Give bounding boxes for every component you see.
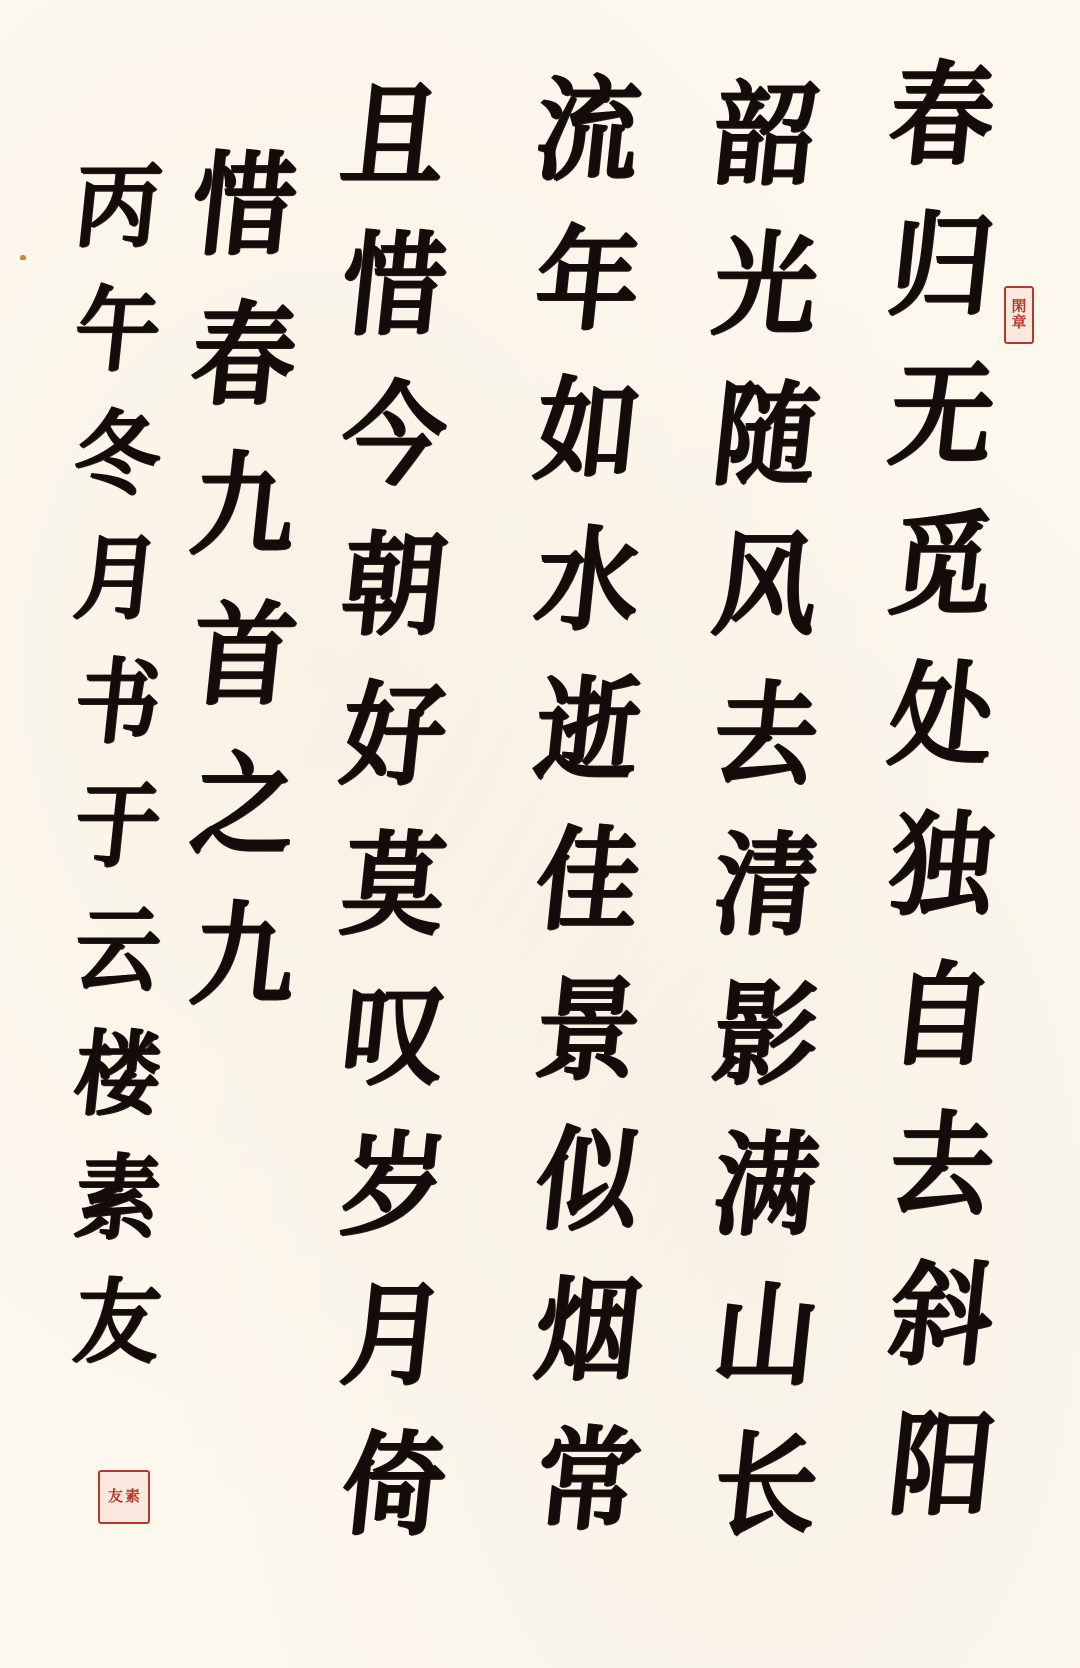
character: 长 bbox=[705, 1430, 824, 1580]
character: 随 bbox=[705, 380, 824, 530]
inscription-character: 楼 bbox=[67, 1028, 165, 1152]
character: 清 bbox=[705, 830, 824, 980]
paper-speck bbox=[20, 255, 26, 260]
seal-glyph: 友 bbox=[108, 1489, 123, 1505]
inscription-character: 丙 bbox=[67, 160, 165, 284]
character: 处 bbox=[881, 660, 1000, 810]
character: 常 bbox=[527, 1425, 646, 1575]
inscription-character: 云 bbox=[67, 904, 165, 1028]
character: 去 bbox=[881, 1110, 1000, 1260]
character: 春 bbox=[183, 300, 302, 450]
seal-glyph: 章 bbox=[1011, 315, 1026, 331]
character: 九 bbox=[183, 900, 302, 1050]
character: 觅 bbox=[881, 510, 1000, 660]
character: 好 bbox=[333, 680, 452, 830]
character: 倚 bbox=[333, 1430, 452, 1580]
inscription-character: 素 bbox=[67, 1152, 165, 1276]
character: 山 bbox=[705, 1280, 824, 1430]
character: 烟 bbox=[527, 1275, 646, 1425]
character: 首 bbox=[183, 600, 302, 750]
character: 流 bbox=[527, 75, 646, 225]
seal-glyph: 素 bbox=[125, 1489, 140, 1505]
character: 岁 bbox=[333, 1130, 452, 1280]
character: 满 bbox=[705, 1130, 824, 1280]
poem-column-4: 且 惜 今 朝 好 莫 叹 岁 月 倚 bbox=[336, 80, 448, 1580]
top-seal: 閑 章 bbox=[1004, 286, 1034, 344]
character: 无 bbox=[881, 360, 1000, 510]
character: 水 bbox=[527, 525, 646, 675]
character: 如 bbox=[527, 375, 646, 525]
character: 且 bbox=[333, 80, 452, 230]
poem-column-5: 惜 春 九 首 之 九 bbox=[186, 150, 298, 1050]
character: 自 bbox=[881, 960, 1000, 1110]
character: 年 bbox=[527, 225, 646, 375]
character: 朝 bbox=[333, 530, 452, 680]
character: 叹 bbox=[333, 980, 452, 1130]
character: 光 bbox=[705, 230, 824, 380]
character: 九 bbox=[183, 450, 302, 600]
inscription-character: 月 bbox=[67, 532, 165, 656]
inscription-character: 于 bbox=[67, 780, 165, 904]
character: 月 bbox=[333, 1280, 452, 1430]
character: 春 bbox=[881, 60, 1000, 210]
character: 韶 bbox=[705, 80, 824, 230]
character: 风 bbox=[705, 530, 824, 680]
inscription-character: 冬 bbox=[67, 408, 165, 532]
inscription-column: 丙 午 冬 月 书 于 云 楼 素 友 bbox=[70, 160, 162, 1400]
poem-column-1: 春 归 无 觅 处 独 自 去 斜 阳 bbox=[884, 60, 996, 1560]
character: 之 bbox=[183, 750, 302, 900]
character: 独 bbox=[881, 810, 1000, 960]
character: 逝 bbox=[527, 675, 646, 825]
poem-column-2: 韶 光 随 风 去 清 影 满 山 长 bbox=[708, 80, 820, 1580]
character: 归 bbox=[881, 210, 1000, 360]
character: 莫 bbox=[333, 830, 452, 980]
inscription-character: 友 bbox=[67, 1276, 165, 1400]
inscription-character: 午 bbox=[67, 284, 165, 408]
character: 阳 bbox=[881, 1410, 1000, 1560]
character: 似 bbox=[527, 1125, 646, 1275]
character: 今 bbox=[333, 380, 452, 530]
character: 影 bbox=[705, 980, 824, 1130]
character: 惜 bbox=[183, 150, 302, 300]
inscription-character: 书 bbox=[67, 656, 165, 780]
character: 斜 bbox=[881, 1260, 1000, 1410]
character: 景 bbox=[527, 975, 646, 1125]
character: 佳 bbox=[527, 825, 646, 975]
character: 去 bbox=[705, 680, 824, 830]
character: 惜 bbox=[333, 230, 452, 380]
poem-column-3: 流 年 如 水 逝 佳 景 似 烟 常 bbox=[530, 75, 642, 1575]
bottom-seal: 友 素 bbox=[98, 1470, 150, 1524]
